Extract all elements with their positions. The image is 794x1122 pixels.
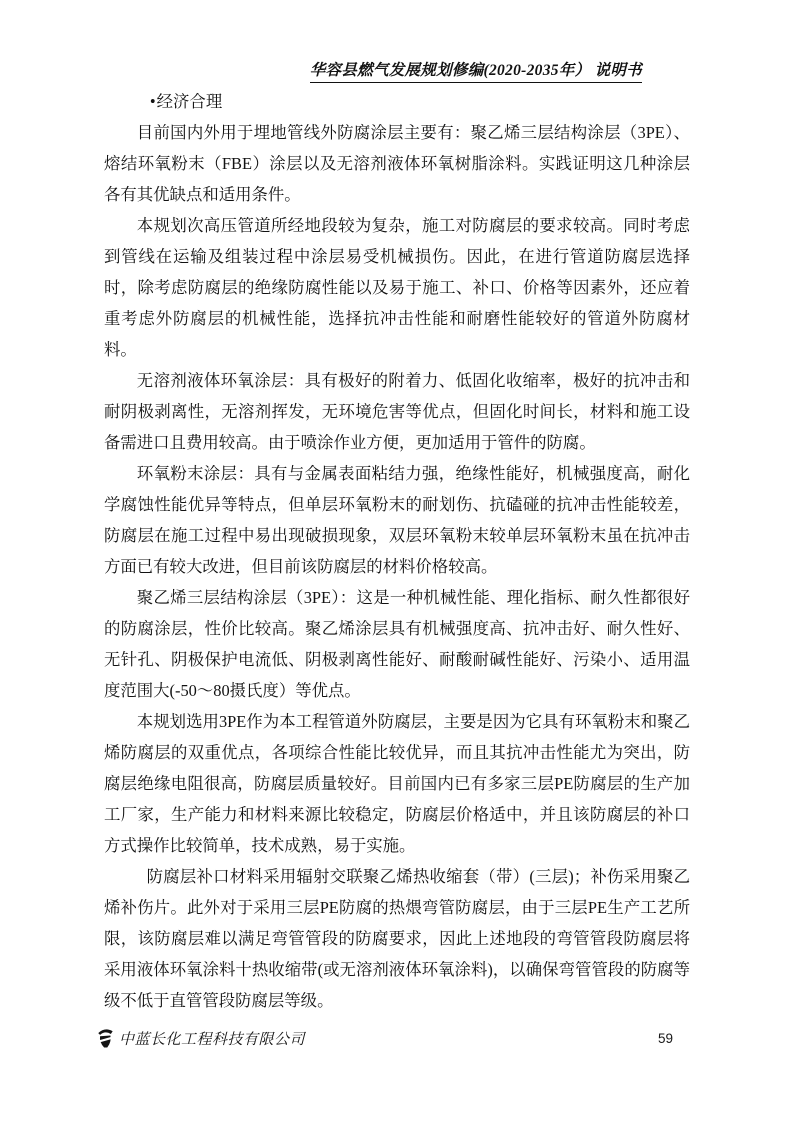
company-logo-icon — [96, 1028, 114, 1049]
paragraph: 本规划次高压管道所经地段较为复杂，施工对防腐层的要求较高。同时考虑到管线在运输及… — [104, 210, 690, 365]
bullet-item-economic: •经济合理 — [104, 86, 690, 117]
footer-company-name: 中蓝长化工程科技有限公司 — [119, 1028, 305, 1049]
paragraph: 防腐层补口材料采用辐射交联聚乙烯热收缩套（带）(三层)；补伤采用聚乙烯补伤片。此… — [104, 861, 690, 1016]
paragraph: 目前国内外用于埋地管线外防腐涂层主要有：聚乙烯三层结构涂层（3PE）、熔结环氧粉… — [104, 117, 690, 210]
document-page: 华容县燃气发展规划修编(2020-2035年） 说明书 •经济合理 目前国内外用… — [0, 0, 794, 1122]
page-footer: 中蓝长化工程科技有限公司 59 — [96, 1028, 690, 1049]
header-title: 华容县燃气发展规划修编(2020-2035年） 说明书 — [310, 58, 642, 83]
page-header: 华容县燃气发展规划修编(2020-2035年） 说明书 — [0, 58, 642, 83]
paragraph: 无溶剂液体环氧涂层：具有极好的附着力、低固化收缩率，极好的抗冲击和耐阴极剥离性，… — [104, 365, 690, 458]
bullet-label: 经济合理 — [157, 92, 223, 111]
paragraph: 本规划选用3PE作为本工程管道外防腐层，主要是因为它具有环氧粉末和聚乙烯防腐层的… — [104, 706, 690, 861]
paragraph: 聚乙烯三层结构涂层（3PE）：这是一种机械性能、理化指标、耐久性都很好的防腐涂层… — [104, 582, 690, 706]
bullet-icon: • — [150, 92, 156, 111]
document-body: •经济合理 目前国内外用于埋地管线外防腐涂层主要有：聚乙烯三层结构涂层（3PE）… — [104, 86, 690, 1016]
page-number: 59 — [658, 1031, 690, 1046]
paragraph: 环氧粉末涂层：具有与金属表面粘结力强，绝缘性能好，机械强度高，耐化学腐蚀性能优异… — [104, 458, 690, 582]
footer-company-block: 中蓝长化工程科技有限公司 — [96, 1028, 305, 1049]
